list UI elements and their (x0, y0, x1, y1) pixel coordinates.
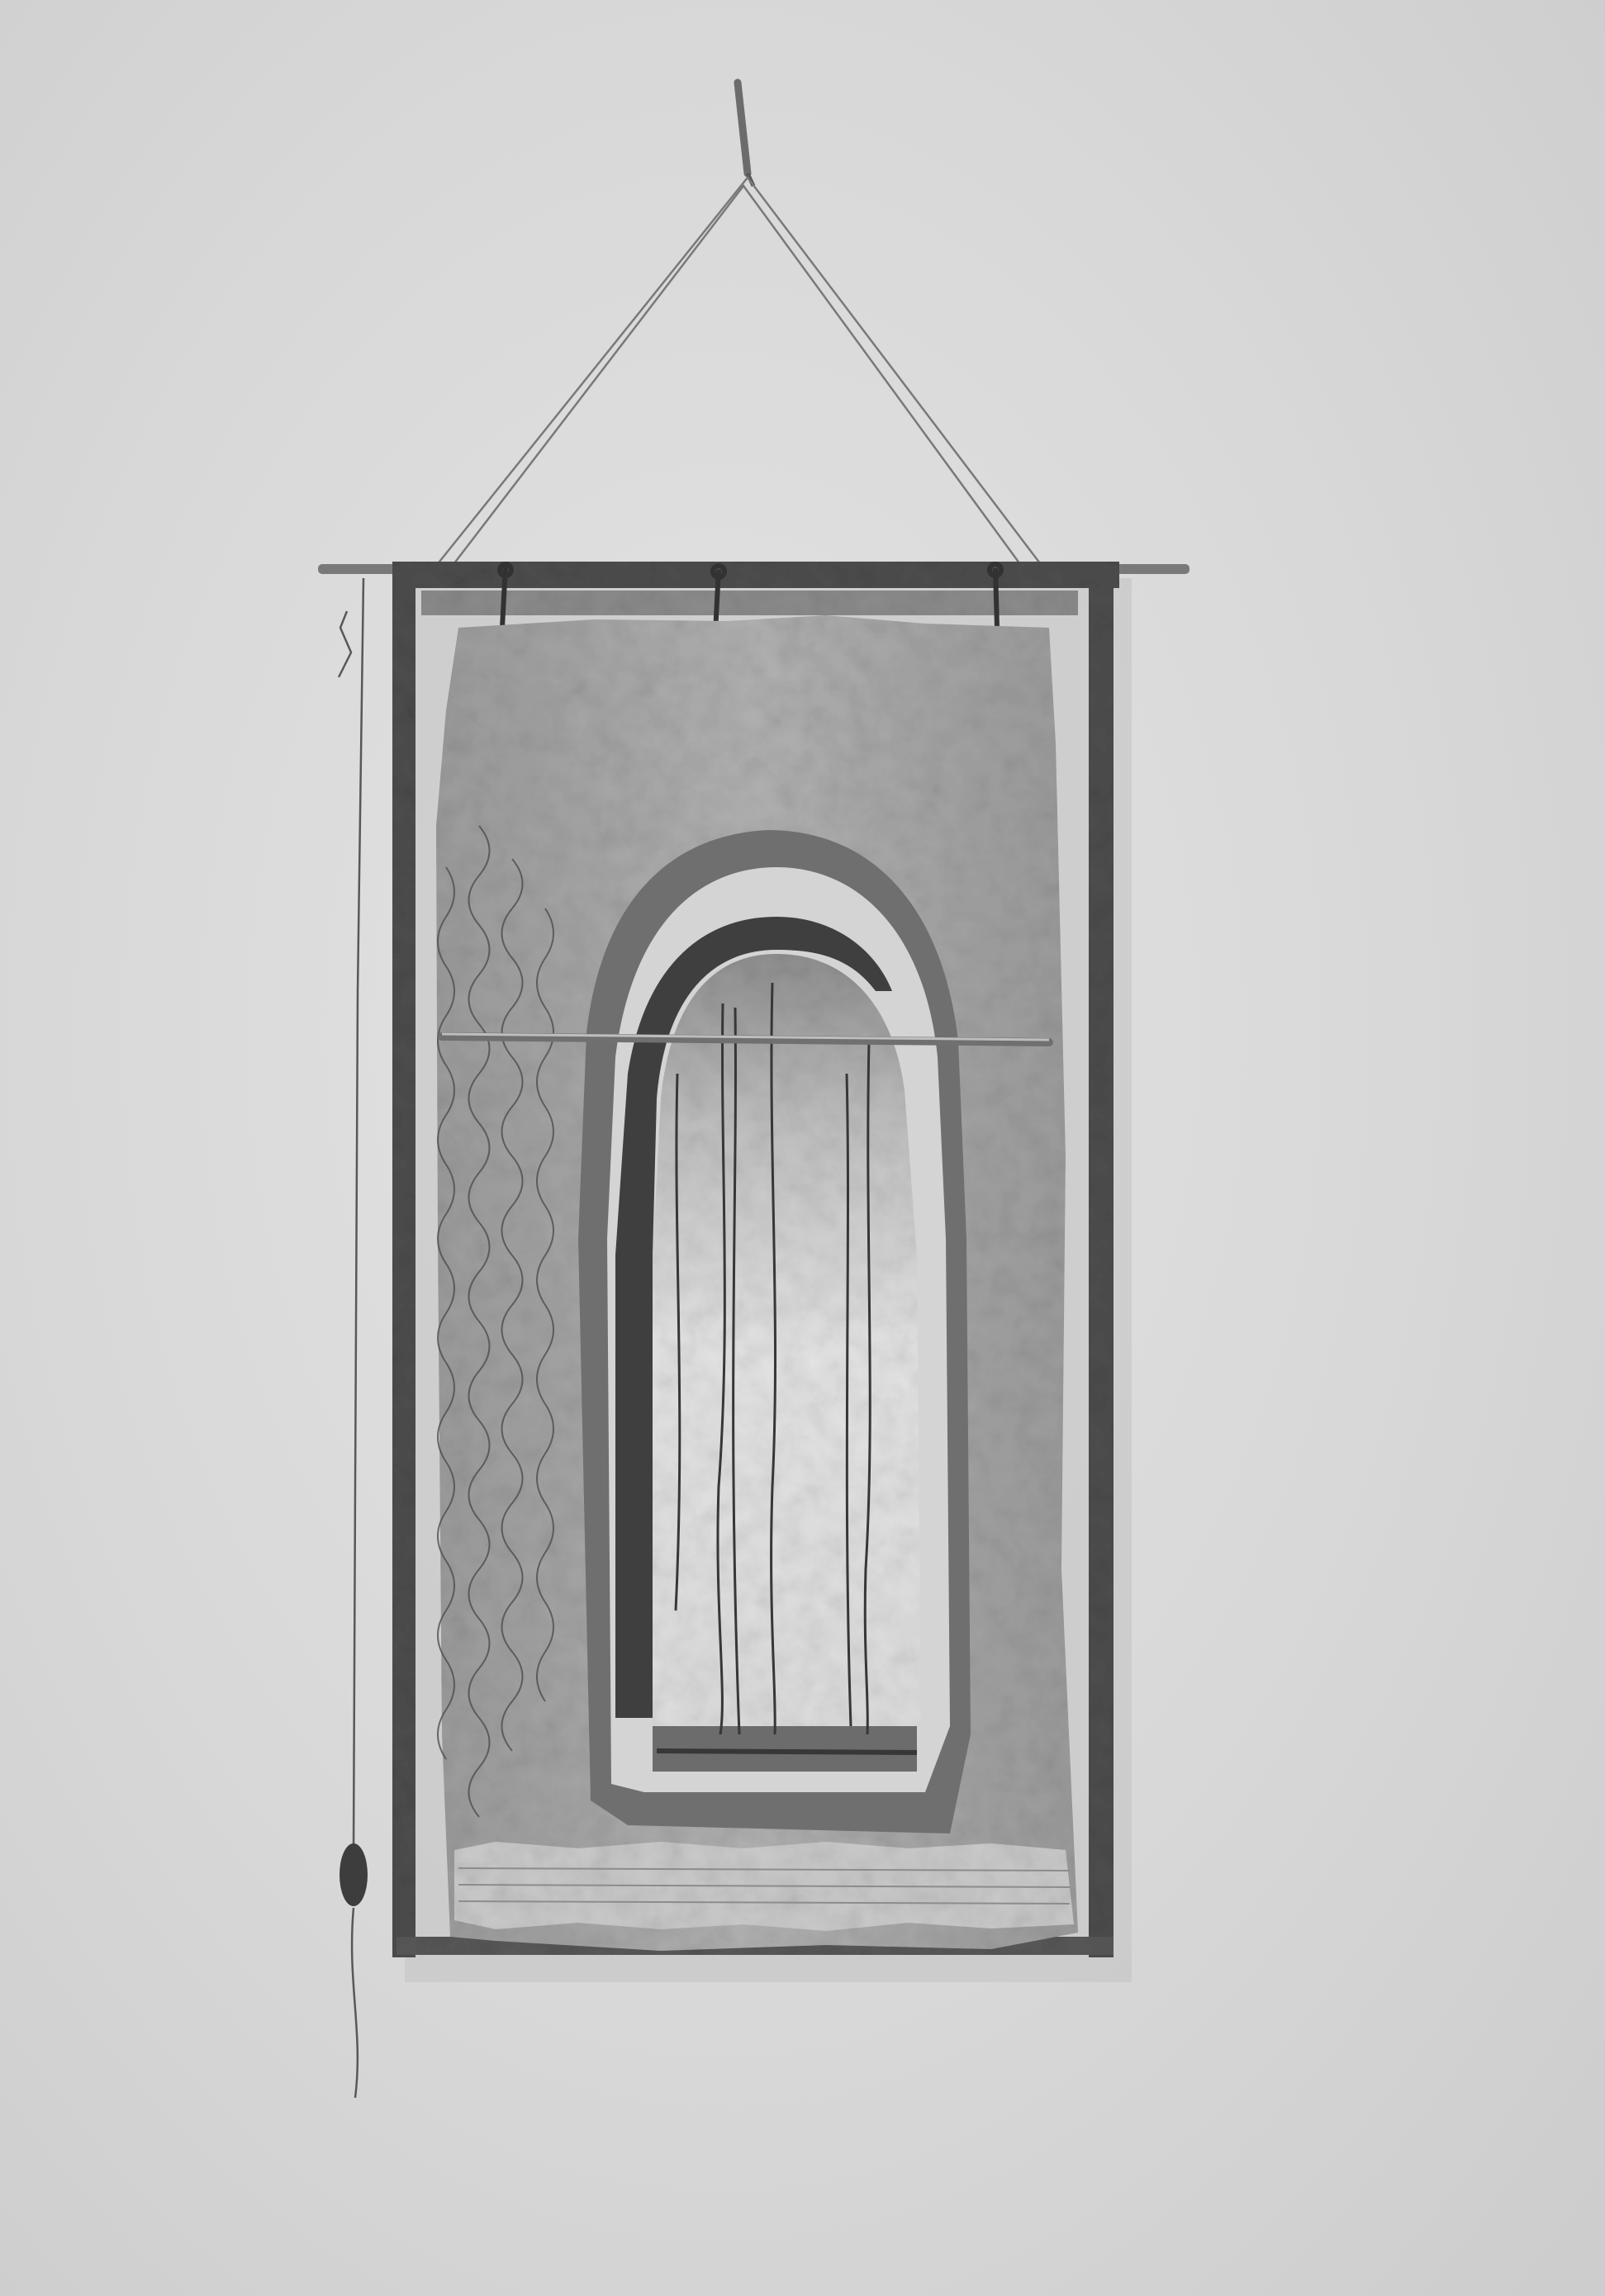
photo-scene (0, 0, 1605, 2296)
artwork-photo (0, 0, 1605, 2296)
film-grain (0, 0, 1605, 2296)
